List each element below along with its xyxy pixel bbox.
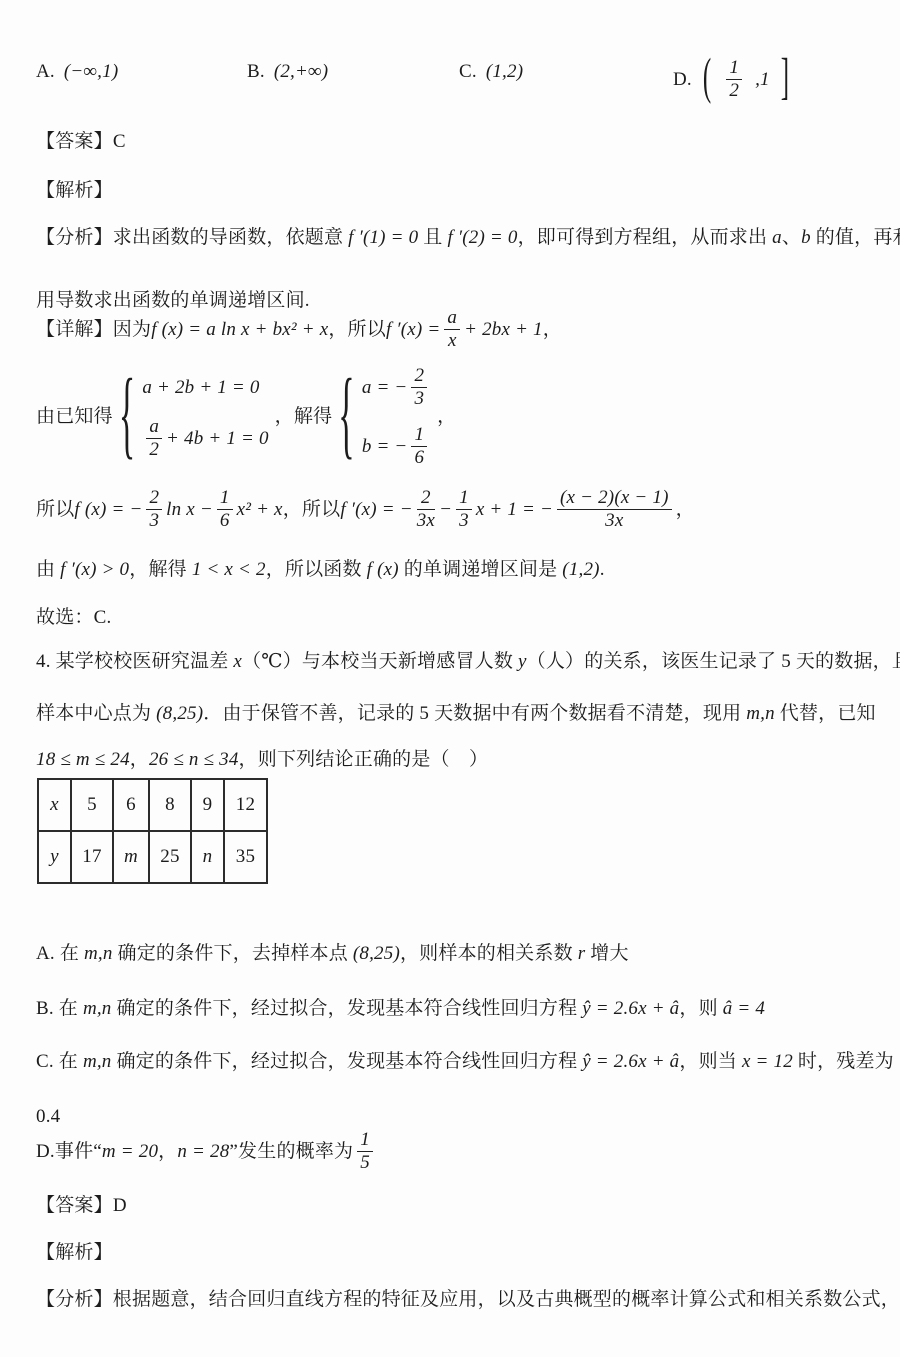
text-segment: 【分析】根据题意，结合回归直线方程的特征及应用，以及古典概型的概率计算公式和相关…: [36, 1289, 900, 1310]
option-b: B. (2,+∞): [247, 58, 459, 86]
text-segment: ，: [275, 403, 294, 431]
text-segment: （人）的关系，该医生记录了 5 天的数据，且: [527, 651, 900, 672]
q3-analysis-tag-line: 【解析】: [36, 177, 113, 205]
math-segment: n = 28: [177, 1138, 229, 1166]
fraction: a x: [444, 308, 460, 351]
answer-tag: 【答案】: [36, 1195, 113, 1216]
math-segment: ŷ = 2.6x + â: [582, 1051, 679, 1072]
answer-value: C: [113, 131, 126, 152]
q4-analysis-tag-line: 【解析】: [36, 1239, 113, 1267]
option-a-value: (−∞,1): [64, 58, 118, 86]
fraction: a 2: [146, 417, 162, 460]
data-table: x 5 6 8 9 12 y 17 m 25 n 35: [37, 778, 268, 884]
equation-system: { a + 2b + 1 = 0 a 2 + 4b + 1 = 0: [119, 374, 269, 460]
option-d: D. ( 1 2 ,1 ]: [673, 58, 791, 101]
option-d-tail: ,1: [755, 66, 770, 94]
text-segment: 的值，再利: [811, 227, 900, 248]
option-d-label: D.: [673, 66, 692, 94]
open-paren: (: [703, 42, 712, 116]
q4-option-d: D. 事件“m = 20， n = 28”发生的概率为 1 5: [36, 1130, 377, 1173]
fraction-numerator: a: [146, 417, 162, 439]
text-segment: ，: [676, 496, 695, 524]
close-bracket: ]: [781, 42, 790, 116]
math-segment: m,n: [83, 998, 112, 1019]
math-segment: b = −: [362, 433, 408, 461]
q4-option-c-line1: C. 在 m,n 确定的条件下，经过拟合，发现基本符合线性回归方程 ŷ = 2.…: [36, 1048, 894, 1076]
equation-row: a 2 + 4b + 1 = 0: [142, 417, 268, 460]
fraction-numerator: 2: [146, 488, 162, 510]
math-segment: a: [772, 227, 782, 248]
q4-option-b: B. 在 m,n 确定的条件下，经过拟合，发现基本符合线性回归方程 ŷ = 2.…: [36, 995, 765, 1023]
text-segment: 在: [60, 943, 84, 964]
math-segment: −: [439, 496, 452, 524]
table-row: x 5 6 8 9 12: [38, 779, 267, 831]
option-label: B.: [36, 998, 59, 1019]
q4-data-table-wrap: x 5 6 8 9 12 y 17 m 25 n 35: [37, 778, 268, 884]
math-segment: m,n: [84, 943, 113, 964]
text-segment: 故选：C.: [36, 607, 111, 628]
q3-conclusion-line: 所以 f (x) = − 23 ln x − 16 x² + x，所以 f ′(…: [36, 488, 695, 531]
math-segment: f ′(x) > 0: [60, 559, 129, 580]
exam-solution-page: A. (−∞,1) B. (2,+∞) C. (1,2) D. ( 1 2 ,1…: [0, 0, 900, 1357]
option-b-label: B.: [247, 58, 265, 86]
text-segment: ，所以: [328, 316, 386, 344]
text-segment: ”发生的概率为: [229, 1138, 353, 1166]
text-segment: ．由于保管不善，记录的 5 天数据中有两个数据看不清楚，现用: [203, 703, 746, 724]
text-segment: 由已知得: [36, 403, 113, 431]
text-segment: ，则: [679, 998, 722, 1019]
text-segment: 增大: [585, 943, 628, 964]
text-segment: ，: [543, 316, 562, 344]
fraction: 16: [217, 488, 233, 531]
analysis-tag: 【解析】: [36, 180, 113, 201]
math-segment: ŷ = 2.6x + â: [582, 998, 679, 1019]
text-segment: 的单调递增区间是: [399, 559, 563, 580]
fraction-denominator: 3x: [557, 510, 672, 531]
text-segment: 解得: [294, 403, 332, 431]
q4-stem-line2: 样本中心点为 (8,25)．由于保管不善，记录的 5 天数据中有两个数据看不清楚…: [36, 700, 876, 728]
fraction: 1 5: [357, 1130, 373, 1173]
fraction: 23x: [417, 488, 435, 531]
math-segment: m = 20: [102, 1138, 158, 1166]
fraction-numerator: 1: [357, 1130, 373, 1152]
equation-row: a + 2b + 1 = 0: [142, 374, 259, 402]
table-cell: 25: [149, 831, 191, 883]
text-segment: .: [600, 559, 605, 580]
text-segment: 所以: [36, 496, 74, 524]
text-segment: 样本中心点为: [36, 703, 156, 724]
table-cell: 35: [224, 831, 267, 883]
math-segment: 18 ≤ m ≤ 24: [36, 749, 130, 770]
text-segment: 确定的条件下，去掉样本点: [113, 943, 353, 964]
math-segment: x + 1 = −: [476, 496, 553, 524]
option-c-value: (1,2): [486, 58, 523, 86]
text-segment: 时，残差为: [793, 1051, 894, 1072]
fraction-denominator: 2: [726, 80, 742, 101]
text-segment: 且: [418, 227, 447, 248]
solution-system: { a = − 2 3 b = − 1 6: [338, 366, 431, 468]
math-segment: x = 12: [742, 1051, 793, 1072]
math-segment: + 2bx + 1: [464, 316, 543, 344]
text-segment: 由: [36, 559, 60, 580]
table-cell: 5: [71, 779, 113, 831]
math-segment: (8,25): [353, 943, 400, 964]
math-segment: f ′(2) = 0: [447, 227, 517, 248]
option-b-value: (2,+∞): [274, 58, 328, 86]
q3-detail-line: 【详解】因为 f (x) = a ln x + bx² + x，所以 f ′(x…: [36, 308, 562, 351]
table-cell: 17: [71, 831, 113, 883]
option-a-label: A.: [36, 58, 55, 86]
analysis-tag: 【解析】: [36, 1242, 113, 1263]
math-segment: x: [233, 651, 242, 672]
table-cell: m: [113, 831, 149, 883]
fraction-numerator: 1: [456, 488, 472, 510]
math-segment: x² + x: [237, 496, 283, 524]
fraction-denominator: x: [444, 330, 460, 351]
option-c-label: C.: [459, 58, 477, 86]
fraction-denominator: 5: [357, 1152, 373, 1173]
fraction-numerator: 1: [217, 488, 233, 510]
fraction-numerator: 2: [417, 488, 435, 510]
text-segment: ，所以: [283, 496, 341, 524]
equation-row: a = − 2 3: [362, 366, 431, 409]
table-cell: 12: [224, 779, 267, 831]
fraction: 2 3: [411, 366, 427, 409]
q3-system-line: 由已知得 { a + 2b + 1 = 0 a 2 + 4b + 1 = 0 ，…: [36, 366, 456, 468]
option-a: A. (−∞,1): [36, 58, 247, 86]
fraction-denominator: 2: [146, 439, 162, 460]
text-segment: ，所以函数: [266, 559, 367, 580]
q3-options-row: A. (−∞,1) B. (2,+∞) C. (1,2) D. ( 1 2 ,1…: [36, 58, 866, 101]
text-segment: ，解得: [129, 559, 192, 580]
option-label: D.: [36, 1138, 55, 1166]
q4-answer-line: 【答案】D: [36, 1192, 127, 1220]
table-row: y 17 m 25 n 35: [38, 831, 267, 883]
fraction: 1 2: [726, 58, 742, 101]
math-segment: ln x −: [166, 496, 213, 524]
left-brace: {: [119, 345, 136, 488]
left-brace: {: [338, 345, 355, 488]
math-segment: (1,2): [562, 559, 599, 580]
q4-option-a: A. 在 m,n 确定的条件下，去掉样本点 (8,25)，则样本的相关系数 r …: [36, 940, 629, 968]
q3-choice-line: 故选：C.: [36, 604, 111, 632]
text-segment: ，则下列结论正确的是（ ）: [239, 749, 489, 770]
answer-tag: 【答案】: [36, 131, 113, 152]
fraction: 1 6: [411, 425, 427, 468]
math-segment: f (x) = −: [74, 496, 142, 524]
fraction-denominator: 3: [456, 510, 472, 531]
text-segment: ，即可得到方程组，从而求出: [518, 227, 773, 248]
math-segment: â = 4: [723, 998, 765, 1019]
text-segment: 在: [59, 998, 83, 1019]
table-cell: x: [38, 779, 71, 831]
text-segment: 确定的条件下，经过拟合，发现基本符合线性回归方程: [112, 1051, 583, 1072]
option-label: A.: [36, 943, 60, 964]
table-cell: n: [191, 831, 224, 883]
fraction-numerator: a: [444, 308, 460, 330]
system-rows: a = − 2 3 b = − 1 6: [362, 366, 431, 468]
fraction-numerator: 1: [726, 58, 742, 80]
q3-monotone-line: 由 f ′(x) > 0，解得 1 < x < 2，所以函数 f (x) 的单调…: [36, 556, 605, 584]
table-cell: 6: [113, 779, 149, 831]
text-segment: 在: [59, 1051, 83, 1072]
text-segment: ，: [130, 749, 149, 770]
math-segment: y: [518, 651, 527, 672]
text-segment: 、: [782, 227, 801, 248]
system-rows: a + 2b + 1 = 0 a 2 + 4b + 1 = 0: [142, 374, 268, 460]
q4-method-line: 【分析】根据题意，结合回归直线方程的特征及应用，以及古典概型的概率计算公式和相关…: [36, 1286, 900, 1314]
fraction-numerator: 2: [411, 366, 427, 388]
table-cell: y: [38, 831, 71, 883]
math-segment: m,n: [83, 1051, 112, 1072]
text-segment: 0.4: [36, 1106, 60, 1127]
fraction: 13: [456, 488, 472, 531]
fraction: 23: [146, 488, 162, 531]
table-cell: 9: [191, 779, 224, 831]
text-segment: 4. 某学校校医研究温差: [36, 651, 233, 672]
text-segment: 【详解】因为: [36, 316, 151, 344]
q3-answer-line: 【答案】C: [36, 128, 126, 156]
math-segment: b: [801, 227, 811, 248]
fraction-denominator: 6: [411, 447, 427, 468]
fraction-numerator: 1: [411, 425, 427, 447]
fraction: (x − 2)(x − 1)3x: [557, 488, 672, 531]
q4-stem-line1: 4. 某学校校医研究温差 x（℃）与本校当天新增感冒人数 y（人）的关系，该医生…: [36, 648, 900, 676]
fraction-denominator: 3: [146, 510, 162, 531]
q4-stem-line3: 18 ≤ m ≤ 24，26 ≤ n ≤ 34，则下列结论正确的是（ ）: [36, 746, 488, 774]
text-segment: ，: [437, 403, 456, 431]
text-segment: ，则样本的相关系数: [400, 943, 578, 964]
q4-option-c-line2: 0.4: [36, 1103, 60, 1131]
text-segment: 【分析】求出函数的导函数，依题意: [36, 227, 348, 248]
equation-row: b = − 1 6: [362, 425, 431, 468]
text-segment: （℃）与本校当天新增感冒人数: [242, 651, 518, 672]
text-segment: ，: [158, 1138, 177, 1166]
math-segment: f (x): [367, 559, 399, 580]
fraction-numerator: (x − 2)(x − 1): [557, 488, 672, 510]
math-segment: f (x) = a ln x + bx² + x: [151, 316, 328, 344]
table-cell: 8: [149, 779, 191, 831]
math-segment: 1 < x < 2: [192, 559, 266, 580]
math-segment: f ′(x) = −: [340, 496, 412, 524]
answer-value: D: [113, 1195, 127, 1216]
option-label: C.: [36, 1051, 59, 1072]
fraction-denominator: 3: [411, 388, 427, 409]
q3-method-line1: 【分析】求出函数的导函数，依题意 f ′(1) = 0 且 f ′(2) = 0…: [36, 224, 900, 252]
math-segment: f ′(x) =: [386, 316, 440, 344]
text-segment: 代替，已知: [775, 703, 876, 724]
text-segment: 事件“: [55, 1138, 102, 1166]
fraction-denominator: 6: [217, 510, 233, 531]
text-segment: 确定的条件下，经过拟合，发现基本符合线性回归方程: [112, 998, 583, 1019]
math-segment: a = −: [362, 374, 408, 402]
math-segment: + 4b + 1 = 0: [166, 425, 269, 453]
math-segment: (8,25): [156, 703, 203, 724]
option-c: C. (1,2): [459, 58, 673, 86]
math-segment: f ′(1) = 0: [348, 227, 418, 248]
text-segment: ，则当: [679, 1051, 742, 1072]
math-segment: 26 ≤ n ≤ 34: [149, 749, 239, 770]
math-segment: m,n: [746, 703, 775, 724]
fraction-denominator: 3x: [417, 510, 435, 531]
